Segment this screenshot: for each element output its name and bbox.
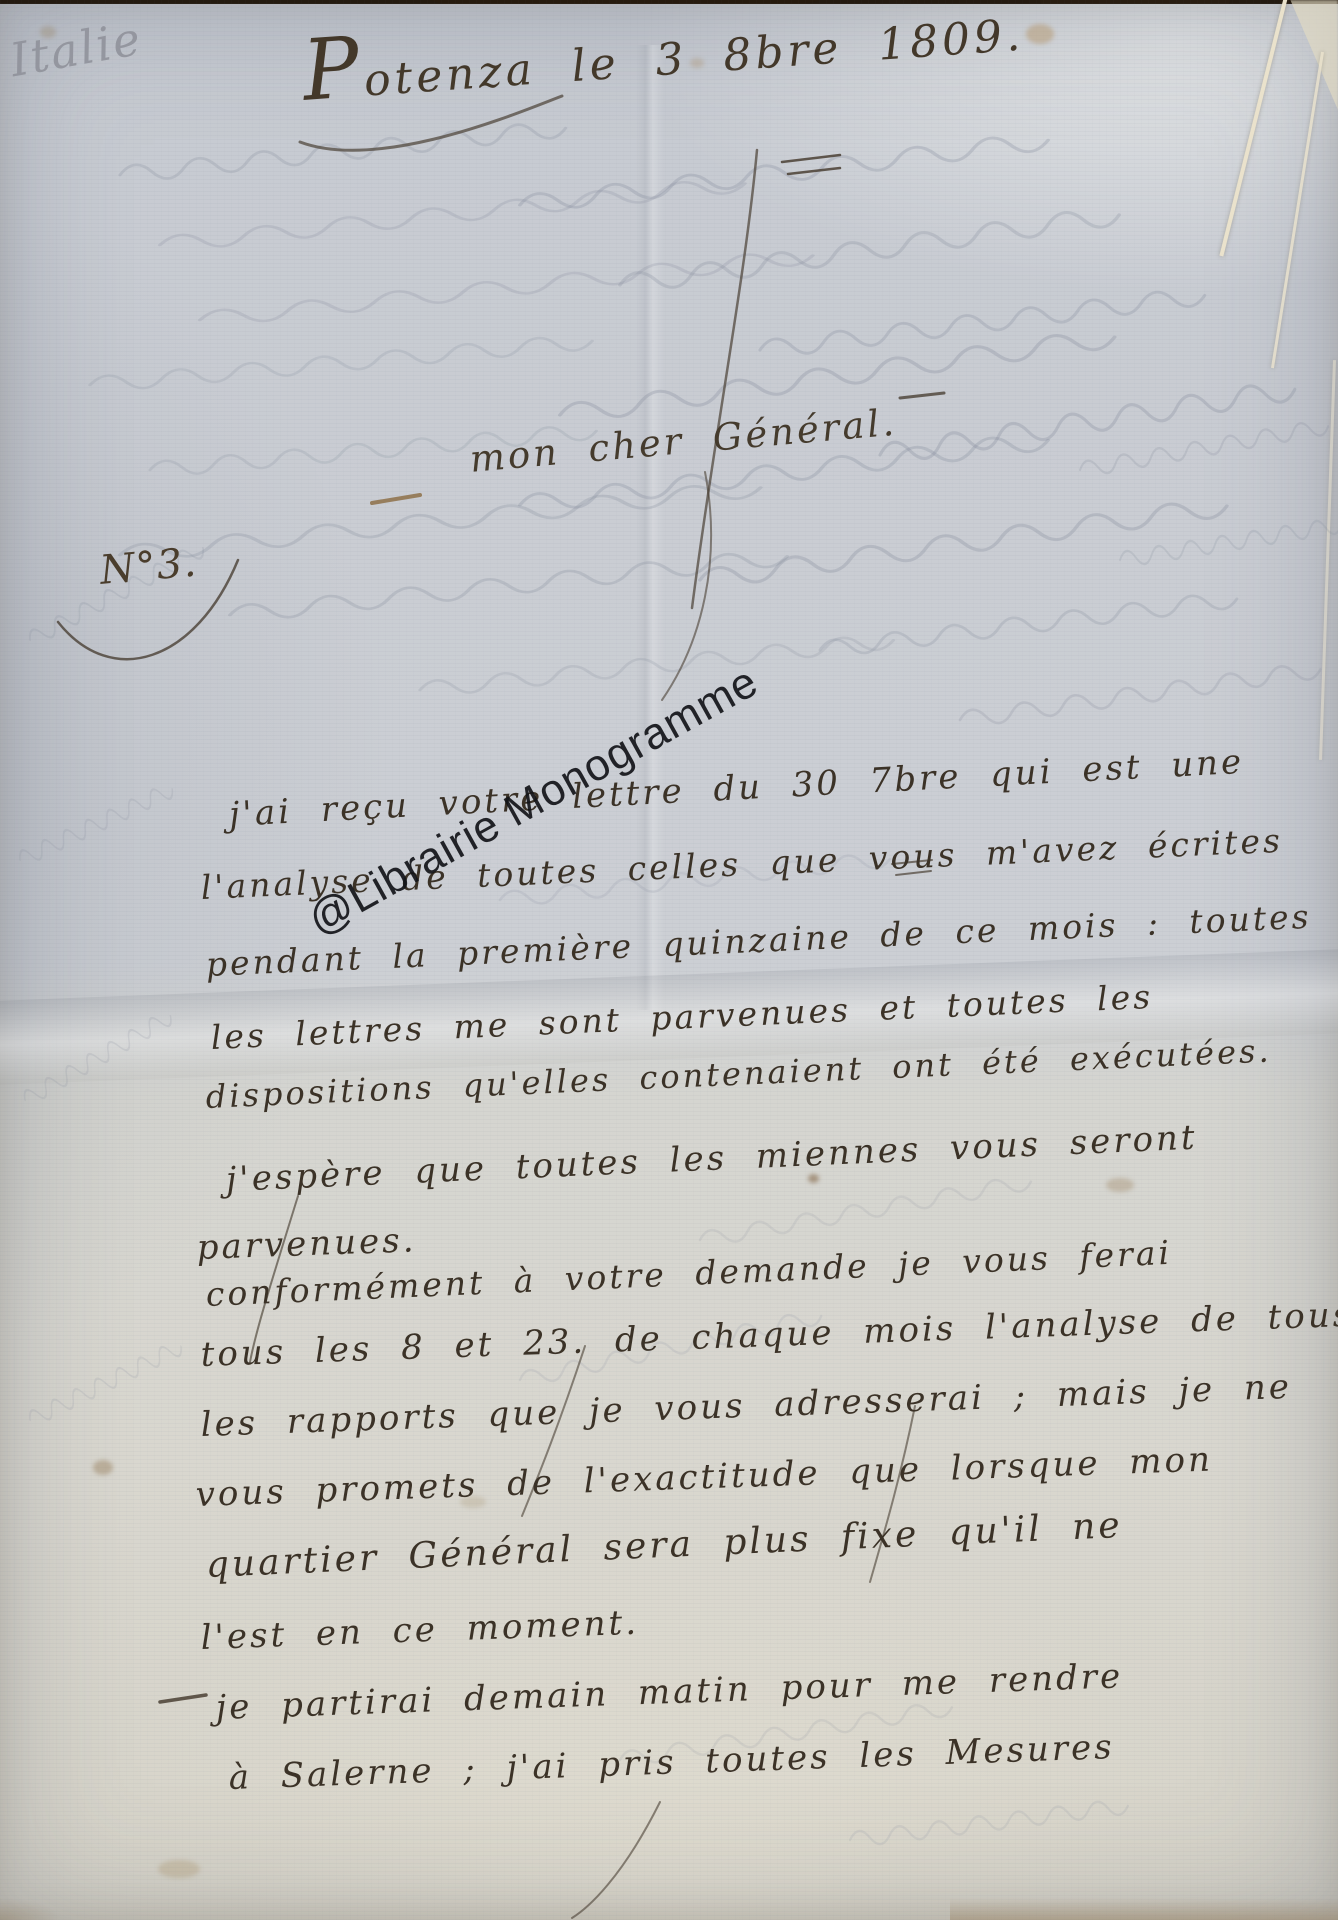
foxing-stain [1026,24,1054,44]
paper-bottom-edge-shadow [950,1898,1338,1920]
foxing-stain [93,1460,113,1475]
foxing-stain [808,1174,819,1183]
letter-photograph: Italie Potenza le 3 8bre 1809. mon cher … [0,0,1338,1920]
foxing-stain [158,1860,200,1878]
body-line: parvenues. [196,1220,417,1268]
paper-bottom-left-edge-shadow [0,1888,120,1920]
registration-number: N°3. [98,540,199,594]
foxing-stain [1106,1178,1134,1192]
